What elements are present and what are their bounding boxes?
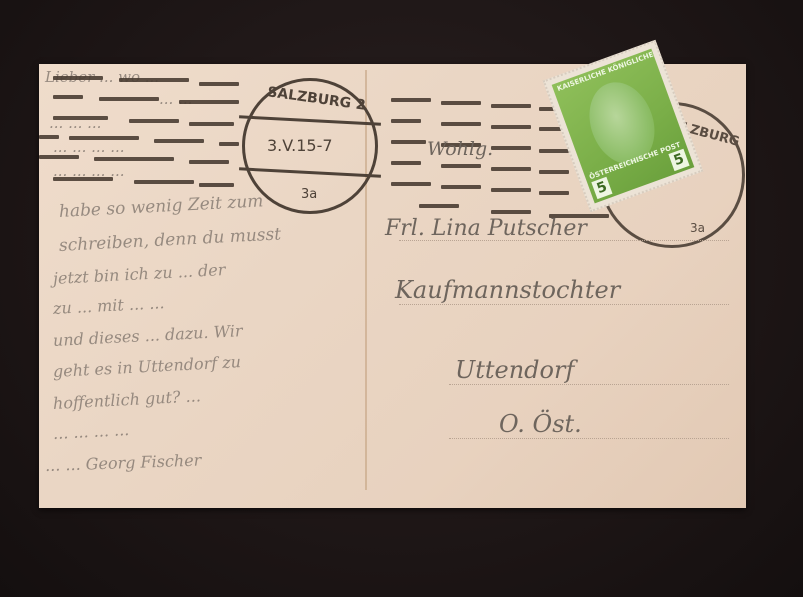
message-line: ... ... <box>159 90 192 108</box>
message-line: jetzt bin ich zu ... der <box>53 260 226 288</box>
postmark-code: 3a <box>301 187 317 202</box>
message-line: ... ... ... ... <box>53 138 125 156</box>
message-line: habe so wenig Zeit zum <box>58 191 263 222</box>
message-line: geht es in Uttendorf zu <box>53 352 242 381</box>
message-line: schreiben, denn du musst <box>58 224 281 256</box>
postmark-code: 3a <box>690 221 705 235</box>
postmark-date: 3.V.15-7 <box>267 136 333 155</box>
message-line: zu ... mit ... ... <box>53 293 165 318</box>
message-line: ... ... Georg Fischer <box>45 451 202 475</box>
address-town: Uttendorf <box>455 356 574 384</box>
stamp-value-right: 5 <box>668 149 689 171</box>
address-salutation: Wohlg. <box>427 138 493 160</box>
address-occupation: Kaufmannstochter <box>395 276 620 304</box>
postmark-left: SALZBURG 2 3.V.15-7 3a <box>242 78 378 214</box>
message-line: ... ... ... ... <box>53 420 130 443</box>
message-line: und dieses ... dazu. Wir <box>53 321 243 350</box>
message-line: hoffentlich gut? ... <box>53 386 202 413</box>
postmark-city: SALZBURG 2 <box>266 84 366 114</box>
stamp-value-left: 5 <box>591 177 612 199</box>
address-recipient: Frl. Lina Putscher <box>385 216 587 241</box>
address-region: O. Öst. <box>499 410 582 438</box>
